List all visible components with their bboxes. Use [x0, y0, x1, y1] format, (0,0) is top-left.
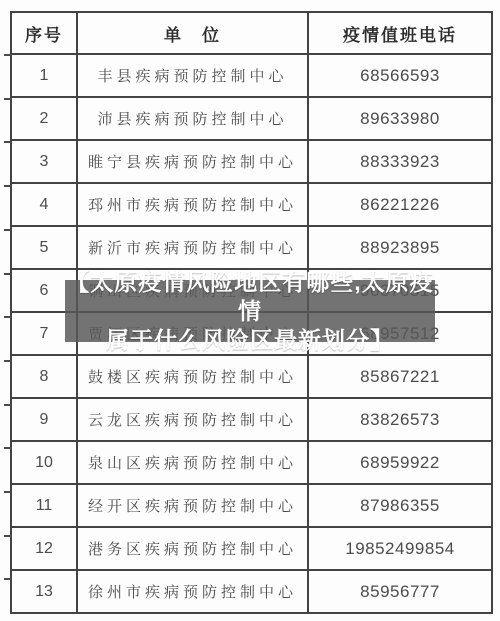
header-col-unit: 单 位	[77, 12, 308, 54]
cell-unit: 沛县疾病预防控制中心	[77, 97, 308, 140]
cell-unit: 徐州市疾病预防控制中心	[77, 570, 308, 613]
table-row: 2沛县疾病预防控制中心89633980	[11, 97, 492, 140]
row-line-tick	[4, 273, 12, 275]
row-line-tick	[4, 447, 12, 449]
row-line-tick	[4, 98, 12, 100]
header-col-phone: 疫情值班电话	[308, 12, 492, 54]
cell-phone: 88923895	[308, 226, 492, 269]
screenshot-root: 序号 单 位 疫情值班电话 1丰县疾病预防控制中心685665932沛县疾病预防…	[0, 0, 500, 621]
header-col-index: 序号	[11, 12, 77, 54]
watermark-line-2: 属于什么风险区最新划分】	[65, 326, 435, 355]
cell-phone: 85956777	[308, 570, 492, 613]
cell-phone: 83826573	[308, 398, 492, 441]
cell-phone: 19852499854	[308, 527, 492, 570]
cell-unit: 睢宁县疾病预防控制中心	[77, 140, 308, 183]
table-row: 4邳州市疾病预防控制中心86221226	[11, 183, 492, 226]
row-line-tick	[4, 578, 12, 580]
table-row: 9云龙区疾病预防控制中心83826573	[11, 398, 492, 441]
table-row: 5新沂市疾病预防控制中心88923895	[11, 226, 492, 269]
cell-phone: 89633980	[308, 97, 492, 140]
cell-index: 2	[11, 97, 77, 140]
row-line-tick	[4, 404, 12, 406]
table-header: 序号 单 位 疫情值班电话	[11, 12, 492, 54]
watermark-line-1: 【太原疫情风险地区有哪些,太原疫情	[65, 268, 435, 326]
cell-index: 3	[11, 140, 77, 183]
cell-unit: 经开区疾病预防控制中心	[77, 484, 308, 527]
watermark-overlay: 【太原疫情风险地区有哪些,太原疫情 属于什么风险区最新划分】	[65, 280, 435, 342]
cell-phone: 87986355	[308, 484, 492, 527]
row-line-tick	[4, 535, 12, 537]
header-row: 序号 单 位 疫情值班电话	[11, 12, 492, 54]
cell-unit: 邳州市疾病预防控制中心	[77, 183, 308, 226]
cell-index: 8	[11, 355, 77, 398]
cell-phone: 86221226	[308, 183, 492, 226]
cell-unit: 新沂市疾病预防控制中心	[77, 226, 308, 269]
cell-index: 1	[11, 54, 77, 97]
table-row: 13徐州市疾病预防控制中心85956777	[11, 570, 492, 613]
table-row: 12港务区疾病预防控制中心19852499854	[11, 527, 492, 570]
cell-phone: 68566593	[308, 54, 492, 97]
cell-index: 5	[11, 226, 77, 269]
row-line-tick	[4, 185, 12, 187]
cell-unit: 丰县疾病预防控制中心	[77, 54, 308, 97]
table-row: 1丰县疾病预防控制中心68566593	[11, 54, 492, 97]
cell-index: 13	[11, 570, 77, 613]
cell-phone: 85867221	[308, 355, 492, 398]
cell-unit: 泉山区疾病预防控制中心	[77, 441, 308, 484]
row-line-tick	[4, 141, 12, 143]
cell-index: 4	[11, 183, 77, 226]
row-line-tick	[4, 229, 12, 231]
table-row: 11经开区疾病预防控制中心87986355	[11, 484, 492, 527]
row-line-tick	[4, 54, 12, 56]
cell-index: 11	[11, 484, 77, 527]
cell-unit: 云龙区疾病预防控制中心	[77, 398, 308, 441]
cell-index: 12	[11, 527, 77, 570]
row-line-tick	[4, 316, 12, 318]
row-line-tick	[4, 491, 12, 493]
table-row: 3睢宁县疾病预防控制中心88333923	[11, 140, 492, 183]
cell-unit: 港务区疾病预防控制中心	[77, 527, 308, 570]
cell-index: 10	[11, 441, 77, 484]
cell-phone: 68959922	[308, 441, 492, 484]
cell-phone: 88333923	[308, 140, 492, 183]
row-line-tick	[4, 360, 12, 362]
cell-index: 9	[11, 398, 77, 441]
table-row: 10泉山区疾病预防控制中心68959922	[11, 441, 492, 484]
cell-unit: 鼓楼区疾病预防控制中心	[77, 355, 308, 398]
table-row: 8鼓楼区疾病预防控制中心85867221	[11, 355, 492, 398]
